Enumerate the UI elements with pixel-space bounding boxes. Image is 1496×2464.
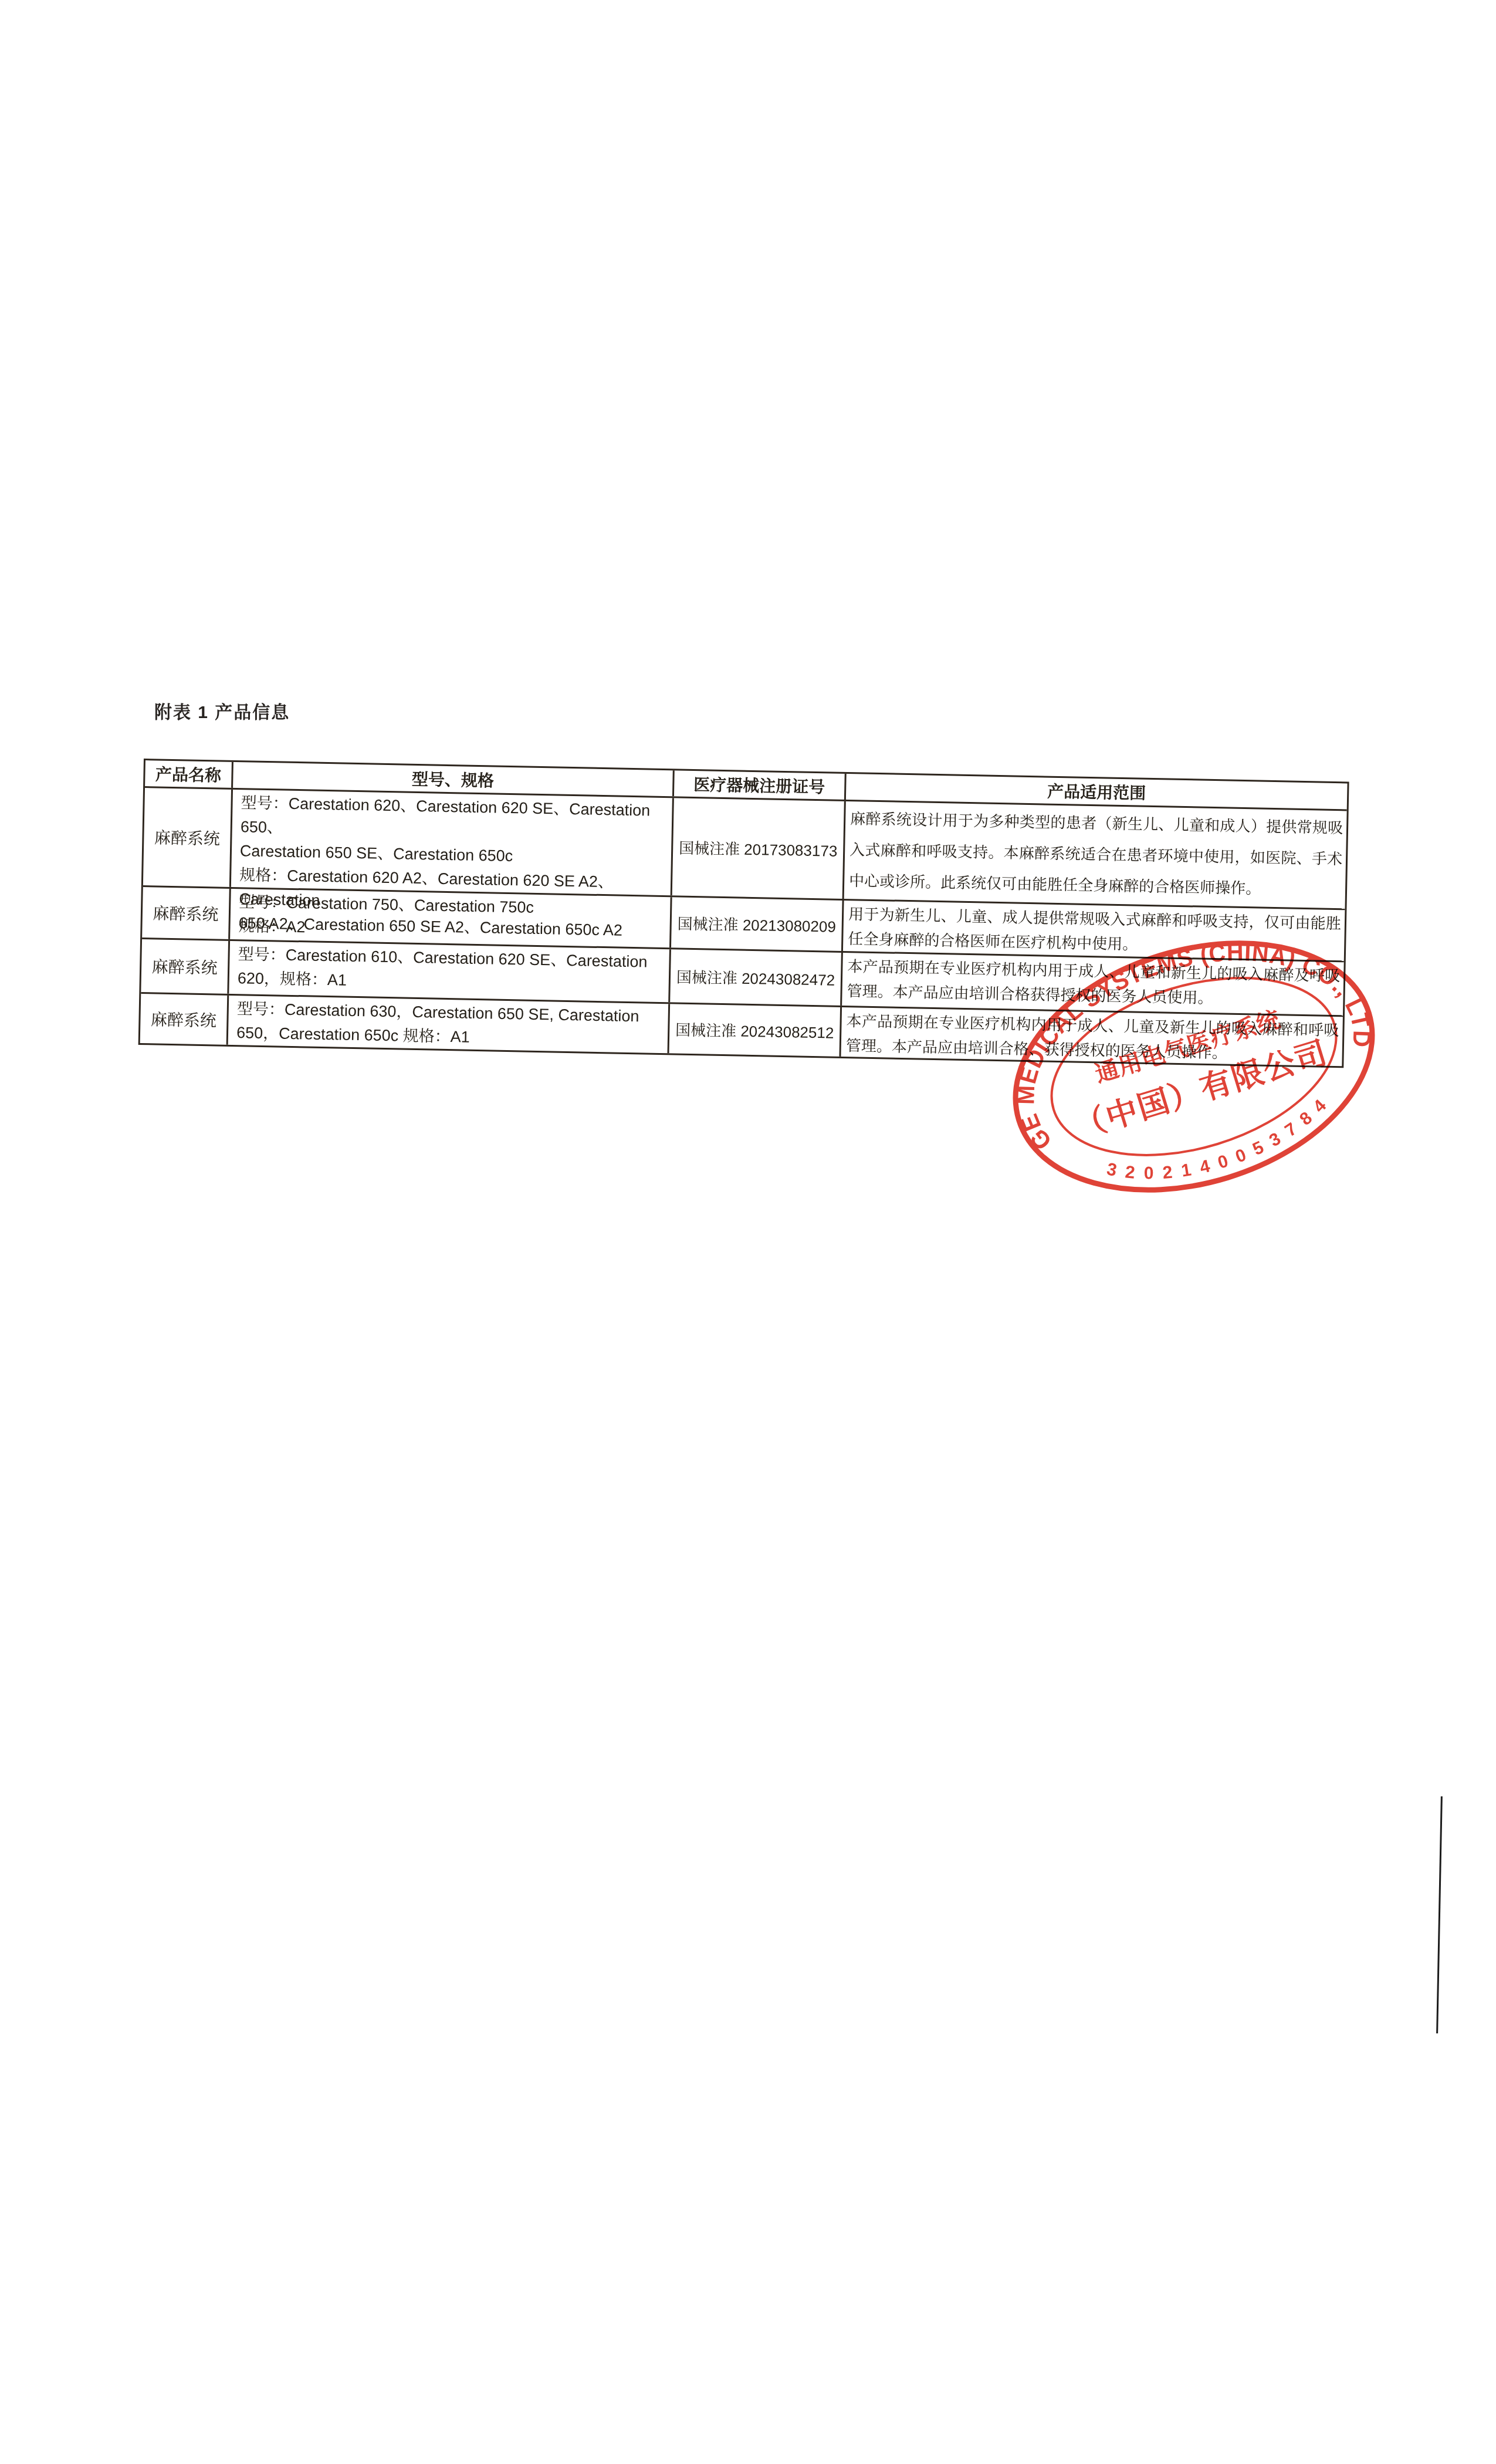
cell-model-spec: 型号：Carestation 610、Carestation 620 SE、Ca… — [229, 941, 671, 1002]
cell-registration-no: 国械注准 20173083173 — [672, 798, 846, 899]
scan-artifact-line — [1436, 1796, 1443, 2033]
header-product-name: 产品名称 — [145, 760, 233, 788]
document-page: 附表 1 产品信息 产品名称 型号、规格 医疗器械注册证号 产品适用范围 麻醉系… — [0, 0, 1496, 2464]
cell-product-name: 麻醉系统 — [140, 994, 229, 1045]
cell-registration-no: 国械注准 20243082472 — [670, 949, 843, 1006]
cell-scope: 麻醉系统设计用于为多种类型的患者（新生儿、儿童和成人）提供常规吸入式麻醉和呼吸支… — [844, 801, 1347, 908]
cell-product-name: 麻醉系统 — [143, 788, 233, 887]
cell-registration-no: 国械注准 20243082512 — [669, 1004, 842, 1057]
header-registration-no: 医疗器械注册证号 — [674, 770, 847, 800]
cell-model-spec: 型号：Carestation 750、Carestation 750c 规格：A… — [230, 889, 672, 947]
company-seal: GE MEDICAL SYSTEMS (CHINA) CO., LTD. 320… — [953, 914, 1434, 1219]
cell-registration-no: 国械注准 20213080209 — [671, 897, 844, 951]
cell-model-spec: 型号：Carestation 620、Carestation 620 SE、Ca… — [231, 790, 674, 895]
table-caption: 附表 1 产品信息 — [154, 698, 290, 723]
cell-model-spec: 型号：Carestation 630，Carestation 650 SE, C… — [228, 996, 670, 1053]
cell-product-name: 麻醉系统 — [141, 939, 230, 994]
cell-product-name: 麻醉系统 — [142, 887, 231, 939]
